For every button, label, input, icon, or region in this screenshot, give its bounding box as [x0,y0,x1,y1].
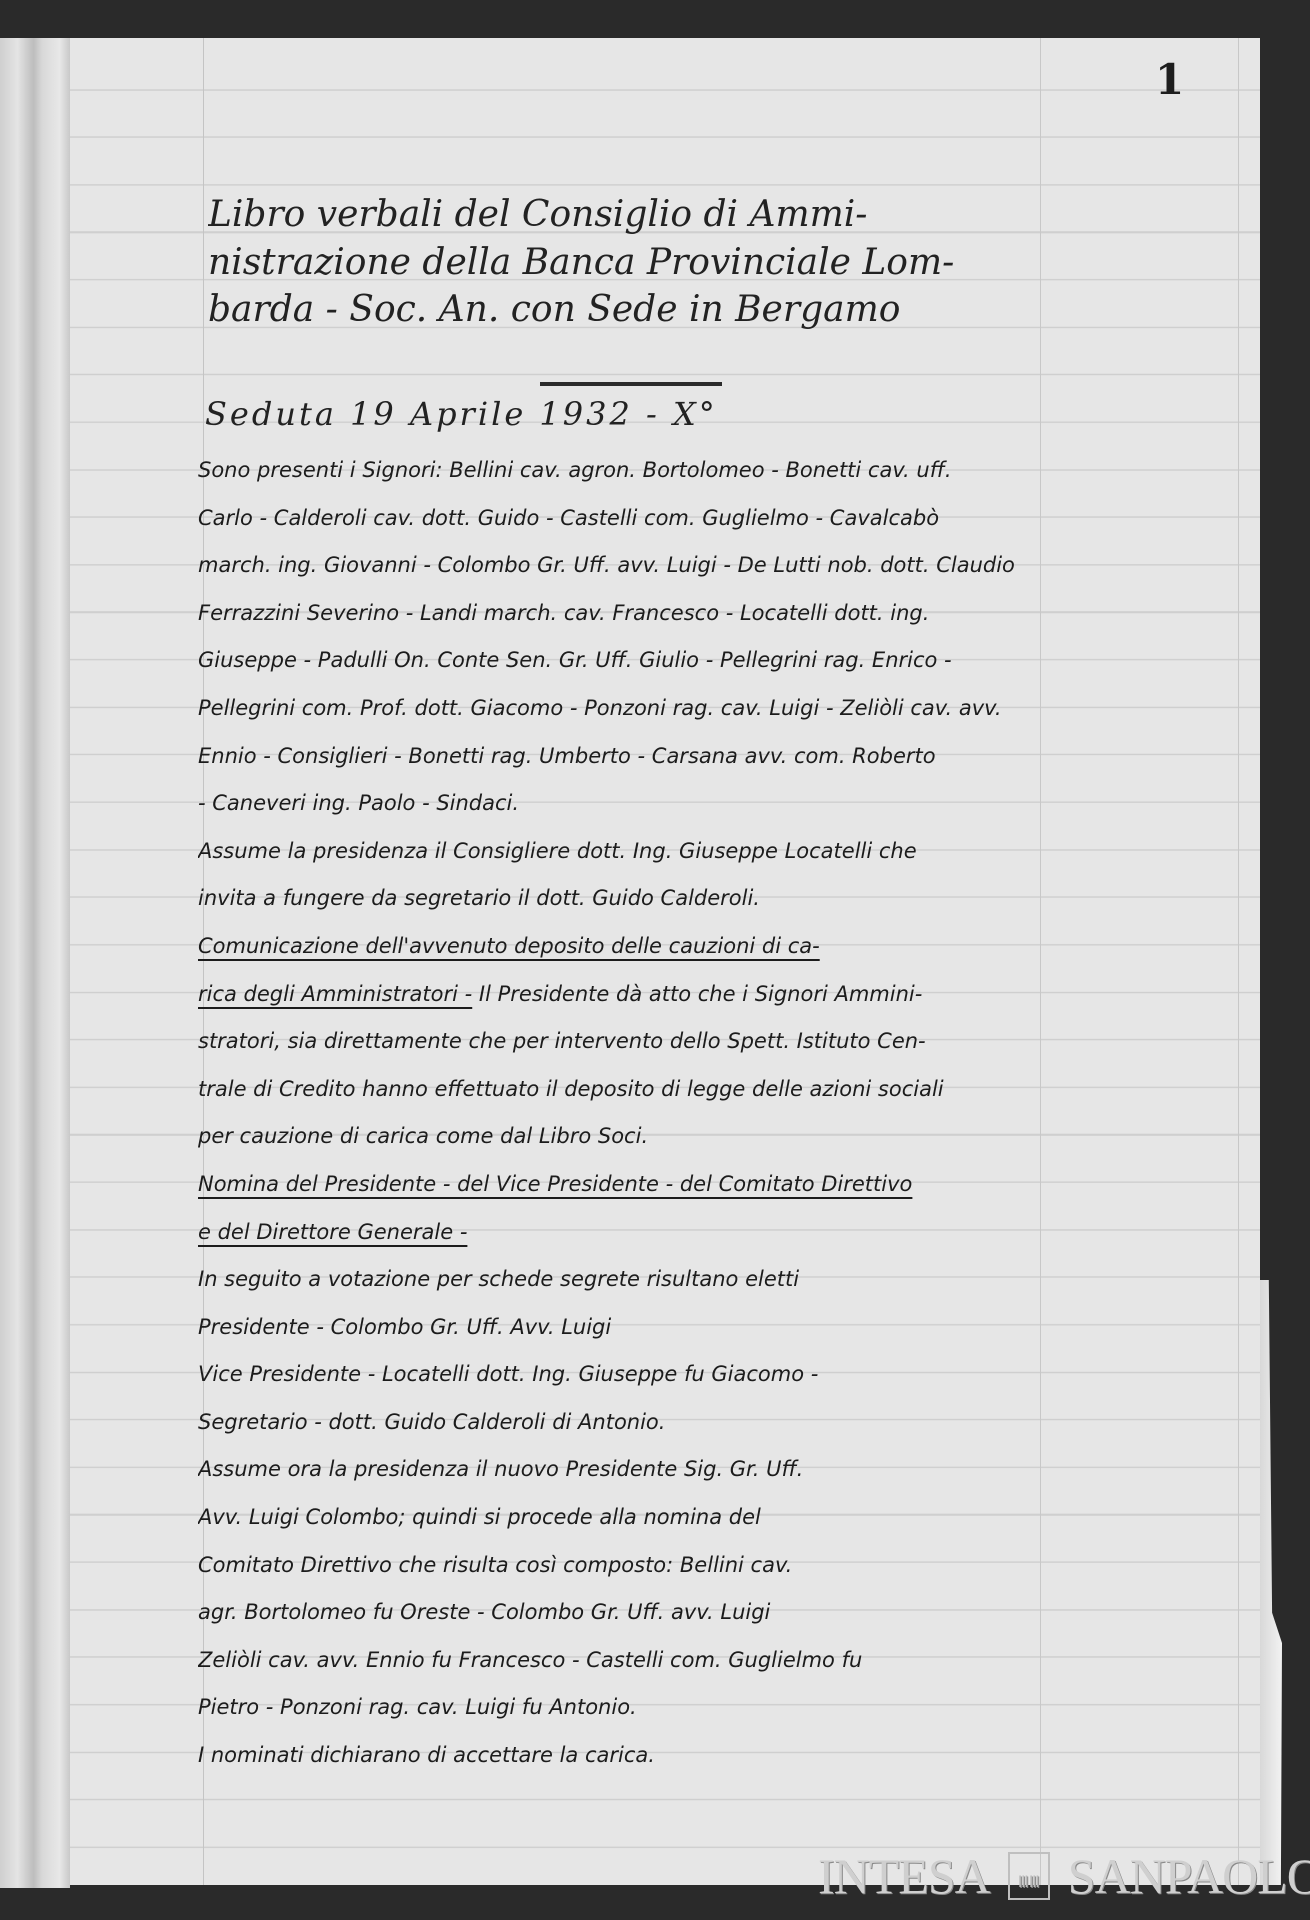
arches-logo-icon: ⅢⅢ [1008,1852,1050,1900]
title-line: nistrazione della Banca Provinciale Lom- [208,238,1028,286]
section-heading-nomina: Nomina del Presidente - del Vice Preside… [198,1161,1058,1209]
body-line: Carlo - Calderoli cav. dott. Guido - Cas… [198,495,1058,543]
document-title: Libro verbali del Consiglio di Ammi- nis… [208,190,1028,333]
intesa-sanpaolo-watermark: INTESA ⅢⅢ SANPAOLO [818,1848,1310,1904]
body-line: invita a fungere da segretario il dott. … [198,875,1058,923]
outer-margin-rule [1238,38,1239,1885]
section-heading-comunicazione-cont: rica degli Amministratori - [198,982,472,1006]
section-heading-comunicazione: Comunicazione dell'avvenuto deposito del… [198,923,1058,971]
torn-page-edge [1260,1280,1282,1885]
title-line: barda - Soc. An. con Sede in Bergamo [208,285,1028,333]
body-line: Assume la presidenza il Consigliere dott… [198,828,1058,876]
body-line: Segretario - dott. Guido Calderoli di An… [198,1399,1058,1447]
title-divider [540,382,722,386]
body-line: Sono presenti i Signori: Bellini cav. ag… [198,447,1058,495]
title-line: Libro verbali del Consiglio di Ammi- [208,190,1028,238]
page-number: 1 [1155,55,1184,104]
body-line: Comitato Direttivo che risulta così comp… [198,1542,1058,1590]
body-line: Ferrazzini Severino - Landi march. cav. … [198,590,1058,638]
body-line: Giuseppe - Padulli On. Conte Sen. Gr. Uf… [198,637,1058,685]
body-line: Vice Presidente - Locatelli dott. Ing. G… [198,1351,1058,1399]
watermark-text-left: INTESA [818,1847,990,1905]
body-text-fragment: Il Presidente dà atto che i Signori Ammi… [472,982,922,1006]
body-line: Pellegrini com. Prof. dott. Giacomo - Po… [198,685,1058,733]
body-line: agr. Bortolomeo fu Oreste - Colombo Gr. … [198,1589,1058,1637]
body-line: Ennio - Consiglieri - Bonetti rag. Umber… [198,733,1058,781]
body-line: Avv. Luigi Colombo; quindi si procede al… [198,1494,1058,1542]
book-binding [0,38,70,1888]
body-line: Assume ora la presidenza il nuovo Presid… [198,1446,1058,1494]
body-line: e del Direttore Generale - [198,1209,1058,1257]
body-line: Zeliòli cav. avv. Ennio fu Francesco - C… [198,1637,1058,1685]
body-line: rica degli Amministratori - Il President… [198,971,1058,1019]
body-line: Presidente - Colombo Gr. Uff. Avv. Luigi [198,1304,1058,1352]
body-line: trale di Credito hanno effettuato il dep… [198,1066,1058,1114]
minutes-body: Sono presenti i Signori: Bellini cav. ag… [198,447,1058,1780]
body-line: Pietro - Ponzoni rag. cav. Luigi fu Anto… [198,1684,1058,1732]
body-line: per cauzione di carica come dal Libro So… [198,1113,1058,1161]
watermark-text-right: SANPAOLO [1068,1847,1310,1905]
body-line: stratori, sia direttamente che per inter… [198,1018,1058,1066]
body-line: - Caneveri ing. Paolo - Sindaci. [198,780,1058,828]
body-line: march. ing. Giovanni - Colombo Gr. Uff. … [198,542,1058,590]
section-heading-nomina-cont: e del Direttore Generale - [198,1220,467,1244]
body-line: I nominati dichiarano di accettare la ca… [198,1732,1058,1780]
session-heading: Seduta 19 Aprile 1932 - X° [205,395,718,433]
body-line: In seguito a votazione per schede segret… [198,1256,1058,1304]
